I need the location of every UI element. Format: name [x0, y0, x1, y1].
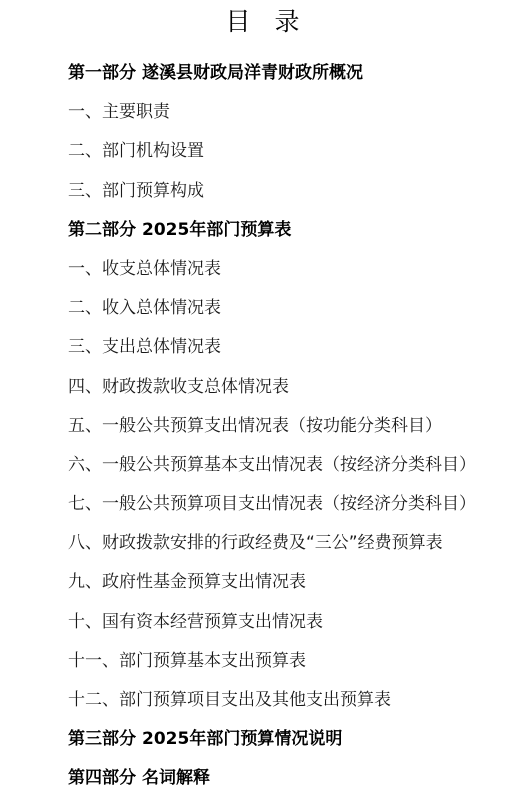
toc-part-title: 2025年部门预算表	[142, 220, 291, 240]
toc-item[interactable]: 五、一般公共预算支出情况表（按功能分类科目）	[68, 414, 515, 453]
toc-item-number: 六、	[68, 455, 102, 475]
toc-item-number: 一、	[68, 102, 102, 122]
toc-part-label: 第三部分	[68, 729, 136, 749]
toc-item-title: 财政拨款安排的行政经费及“三公”经费预算表	[102, 533, 443, 553]
toc-item-title: 部门预算基本支出预算表	[119, 651, 306, 671]
toc-item-number: 五、	[68, 416, 102, 436]
toc-item-title: 一般公共预算支出情况表（按功能分类科目）	[102, 416, 442, 436]
toc-item[interactable]: 三、支出总体情况表	[68, 335, 515, 374]
toc-item-title: 部门机构设置	[102, 141, 204, 161]
toc-part-label: 第一部分	[68, 63, 136, 83]
toc-item[interactable]: 十二、部门预算项目支出及其他支出预算表	[68, 688, 515, 727]
toc-item-number: 三、	[68, 181, 102, 201]
toc-item-number: 二、	[68, 298, 102, 318]
toc-item-number: 二、	[68, 141, 102, 161]
toc-item-title: 国有资本经营预算支出情况表	[102, 612, 323, 632]
toc-item[interactable]: 二、部门机构设置	[68, 139, 515, 178]
toc-item-number: 一、	[68, 259, 102, 279]
toc-item[interactable]: 八、财政拨款安排的行政经费及“三公”经费预算表	[68, 531, 515, 570]
toc-item-title: 部门预算项目支出及其他支出预算表	[119, 690, 391, 710]
toc-item-title: 政府性基金预算支出情况表	[102, 572, 306, 592]
toc-item-number: 三、	[68, 337, 102, 357]
toc-item[interactable]: 一、收支总体情况表	[68, 257, 515, 296]
toc-item-number: 八、	[68, 533, 102, 553]
toc-item[interactable]: 七、一般公共预算项目支出情况表（按经济分类科目）	[68, 492, 515, 531]
toc-part-4[interactable]: 第四部分名词解释	[68, 766, 515, 805]
toc-item-title: 支出总体情况表	[102, 337, 221, 357]
toc-item-number: 十、	[68, 612, 102, 632]
toc-item-title: 主要职责	[102, 102, 170, 122]
toc-item[interactable]: 三、部门预算构成	[68, 179, 515, 218]
toc-item-title: 收支总体情况表	[102, 259, 221, 279]
table-of-contents: 第一部分遂溪县财政局洋青财政所概况 一、主要职责 二、部门机构设置 三、部门预算…	[68, 61, 515, 806]
toc-item[interactable]: 一、主要职责	[68, 100, 515, 139]
toc-part-title: 名词解释	[142, 768, 210, 788]
toc-part-label: 第四部分	[68, 768, 136, 788]
toc-item[interactable]: 二、收入总体情况表	[68, 296, 515, 335]
toc-item[interactable]: 四、财政拨款收支总体情况表	[68, 375, 515, 414]
toc-item[interactable]: 十一、部门预算基本支出预算表	[68, 649, 515, 688]
toc-part-title: 2025年部门预算情况说明	[142, 729, 342, 749]
toc-part-1[interactable]: 第一部分遂溪县财政局洋青财政所概况	[68, 61, 515, 100]
toc-item-title: 部门预算构成	[102, 181, 204, 201]
toc-item-title: 一般公共预算基本支出情况表（按经济分类科目）	[102, 455, 476, 475]
toc-item[interactable]: 九、政府性基金预算支出情况表	[68, 570, 515, 609]
toc-item[interactable]: 六、一般公共预算基本支出情况表（按经济分类科目）	[68, 453, 515, 492]
toc-part-3[interactable]: 第三部分2025年部门预算情况说明	[68, 727, 515, 766]
toc-item-title: 收入总体情况表	[102, 298, 221, 318]
toc-item-number: 四、	[68, 377, 102, 397]
toc-item[interactable]: 十、国有资本经营预算支出情况表	[68, 610, 515, 649]
toc-item-title: 财政拨款收支总体情况表	[102, 377, 289, 397]
page-title: 目 录	[0, 6, 525, 38]
toc-item-number: 七、	[68, 494, 102, 514]
toc-item-number: 九、	[68, 572, 102, 592]
toc-part-title: 遂溪县财政局洋青财政所概况	[142, 63, 363, 83]
toc-item-title: 一般公共预算项目支出情况表（按经济分类科目）	[102, 494, 476, 514]
toc-item-number: 十二、	[68, 690, 119, 710]
toc-part-label: 第二部分	[68, 220, 136, 240]
toc-part-2[interactable]: 第二部分2025年部门预算表	[68, 218, 515, 257]
toc-item-number: 十一、	[68, 651, 119, 671]
